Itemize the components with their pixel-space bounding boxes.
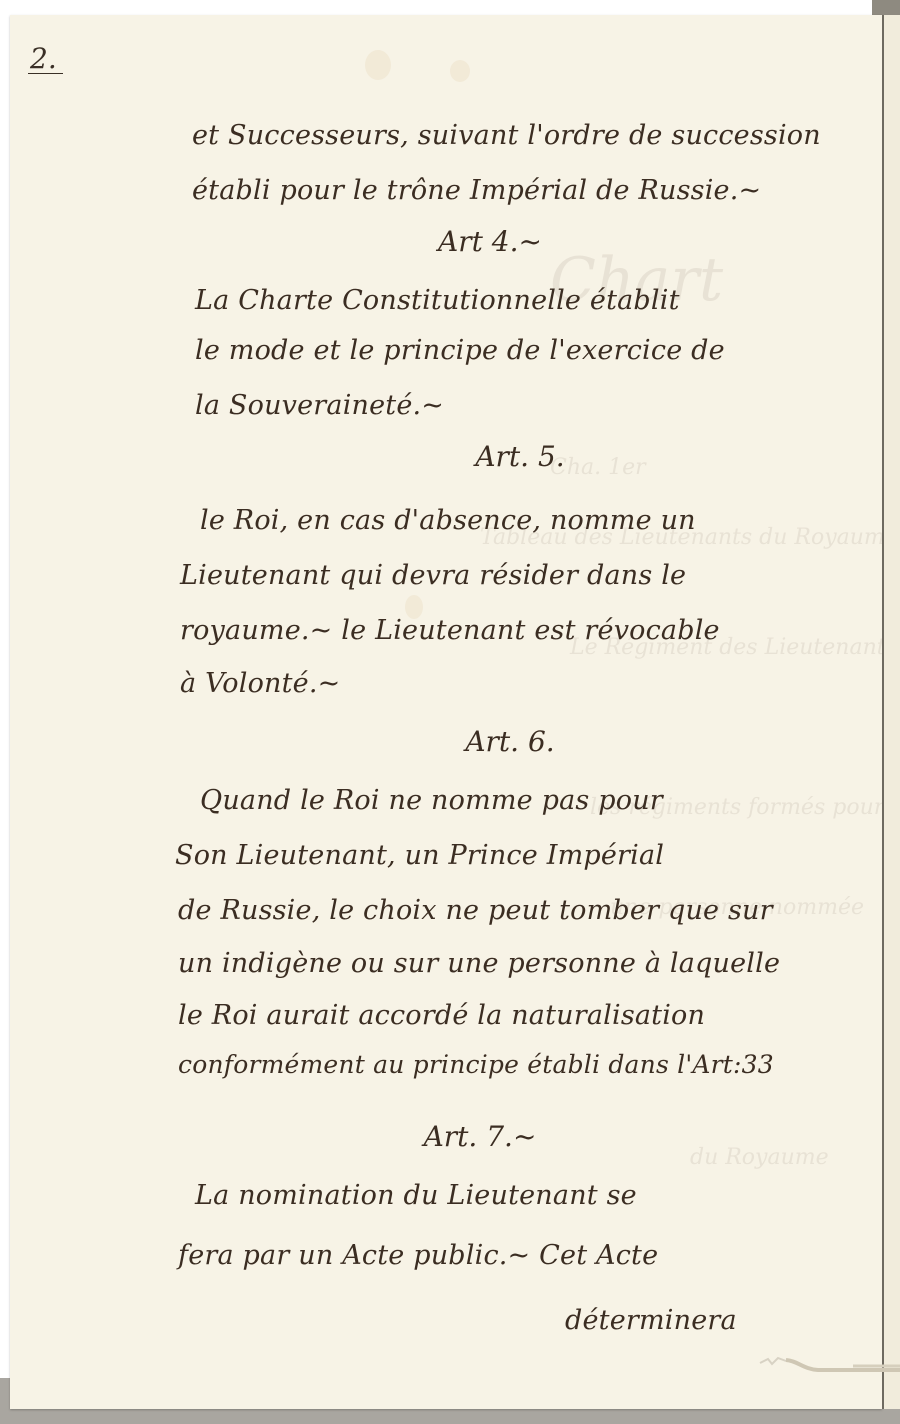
- paper-stain: [365, 50, 391, 80]
- text-line: La Charte Constitutionnelle établit: [195, 285, 680, 316]
- binding-cord-icon: [758, 1355, 900, 1373]
- article-heading: Art. 6.: [360, 725, 660, 758]
- catchword: déterminera: [565, 1305, 737, 1336]
- text-line: La nomination du Lieutenant se: [195, 1180, 637, 1211]
- text-line: royaume.~ le Lieutenant est révocable: [180, 615, 720, 646]
- text-line: Son Lieutenant, un Prince Impérial: [175, 840, 664, 871]
- text-line: la Souveraineté.~: [195, 390, 444, 421]
- text-line: un indigène ou sur une personne à laquel…: [178, 948, 780, 979]
- bleed-through-text: du Royaume: [690, 1145, 829, 1170]
- manuscript-scan: Chart Cha. 1er Tableau des Lieutenants d…: [0, 0, 900, 1424]
- article-heading: Art 4.~: [340, 225, 640, 258]
- text-line: Lieutenant qui devra résider dans le: [180, 560, 686, 591]
- text-line: Quand le Roi ne nomme pas pour: [200, 785, 663, 816]
- paper-stain: [450, 60, 470, 82]
- adjacent-page-edge: [882, 15, 900, 1409]
- scan-background-top: [872, 0, 900, 16]
- text-line: le Roi, en cas d'absence, nomme un: [200, 505, 696, 536]
- article-heading: Art. 7.~: [330, 1120, 630, 1153]
- text-line: et Successeurs, suivant l'ordre de succe…: [192, 120, 821, 151]
- article-heading: Art. 5.: [370, 440, 670, 473]
- page-number: 2.: [28, 45, 63, 74]
- text-line: fera par un Acte public.~ Cet Acte: [178, 1240, 658, 1271]
- text-line: à Volonté.~: [180, 668, 340, 699]
- text-line: le mode et le principe de l'exercice de: [195, 335, 725, 366]
- text-line: le Roi aurait accordé la naturalisation: [178, 1000, 705, 1031]
- text-line: de Russie, le choix ne peut tomber que s…: [178, 895, 773, 926]
- text-line: conformément au principe établi dans l'A…: [178, 1050, 774, 1079]
- text-line: établi pour le trône Impérial de Russie.…: [192, 175, 761, 206]
